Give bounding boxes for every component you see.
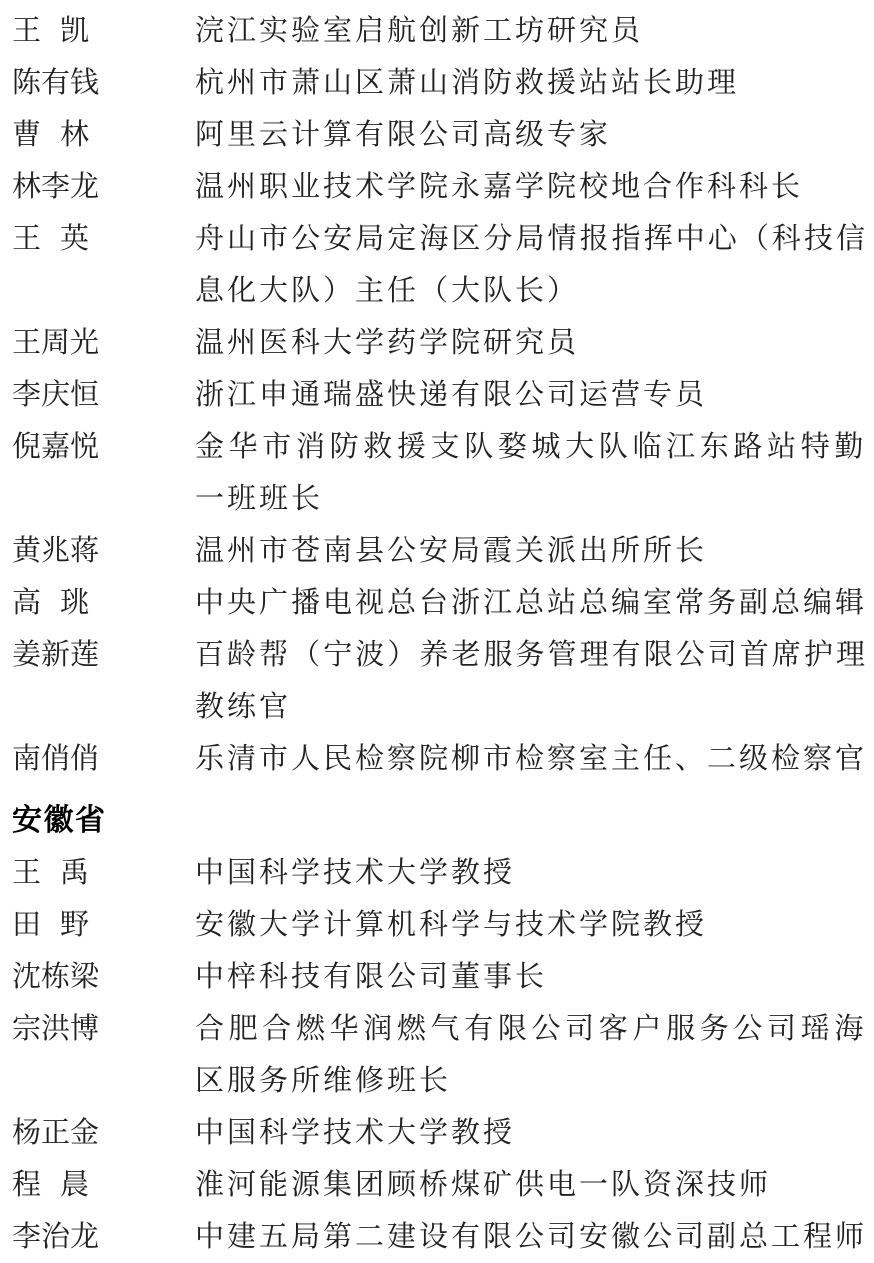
title-line: 中央广播电视总台浙江总站总编室常务副总编辑 (195, 577, 868, 629)
person-name-cell: 林李龙 (12, 161, 195, 213)
name-char: 晨 (60, 1159, 89, 1211)
name-char: 龙 (70, 1211, 99, 1263)
person-title: 金华市消防救援支队婺城大队临江东路站特勤一班班长 (195, 421, 868, 525)
person-name: 王英 (12, 213, 89, 265)
list-entry: 王凯 浣江实验室启航创新工坊研究员 (12, 5, 868, 57)
person-title: 浣江实验室启航创新工坊研究员 (195, 5, 868, 57)
person-title: 温州市苍南县公安局霞关派出所所长 (195, 525, 868, 577)
name-char: 林 (60, 109, 89, 161)
title-line: 区服务所维修班长 (195, 1055, 868, 1107)
person-name: 王凯 (12, 5, 89, 57)
name-char: 林 (12, 161, 41, 213)
title-line: 合肥合燃华润燃气有限公司客户服务公司瑶海 (195, 1003, 868, 1055)
name-char: 李 (12, 369, 41, 421)
name-char: 田 (12, 899, 41, 951)
name-char: 蒋 (70, 525, 99, 577)
person-title: 安徽大学计算机科学与技术学院教授 (195, 899, 868, 951)
person-name: 杨正金 (12, 1107, 89, 1159)
title-line: 一班班长 (195, 473, 868, 525)
name-char: 禹 (60, 847, 89, 899)
name-char: 王 (12, 213, 41, 265)
person-name: 高珧 (12, 577, 89, 629)
person-name-cell: 沈栋梁 (12, 951, 195, 1003)
list-entry: 姜新莲 百龄帮（宁波）养老服务管理有限公司首席护理教练官 (12, 629, 868, 733)
title-line: 舟山市公安局定海区分局情报指挥中心（科技信 (195, 213, 868, 265)
person-name: 林李龙 (12, 161, 89, 213)
name-char: 金 (70, 1107, 99, 1159)
person-name-cell: 李治龙 (12, 1211, 195, 1263)
person-name: 沈栋梁 (12, 951, 89, 1003)
person-name: 田野 (12, 899, 89, 951)
name-char: 梁 (70, 951, 99, 1003)
person-name: 陈有钱 (12, 57, 89, 109)
person-name: 南俏俏 (12, 733, 89, 785)
person-name: 王禹 (12, 847, 89, 899)
person-name-cell: 姜新莲 (12, 629, 195, 733)
person-title: 百龄帮（宁波）养老服务管理有限公司首席护理教练官 (195, 629, 868, 733)
person-name-cell: 南俏俏 (12, 733, 195, 785)
name-char: 程 (12, 1159, 41, 1211)
person-title: 浙江申通瑞盛快递有限公司运营专员 (195, 369, 868, 421)
person-title: 温州医科大学药学院研究员 (195, 317, 868, 369)
name-char: 有 (41, 57, 70, 109)
title-line: 安徽大学计算机科学与技术学院教授 (195, 899, 868, 951)
title-line: 金华市消防救援支队婺城大队临江东路站特勤 (195, 421, 868, 473)
list-entry: 高珧 中央广播电视总台浙江总站总编室常务副总编辑 (12, 577, 868, 629)
title-line: 阿里云计算有限公司高级专家 (195, 109, 868, 161)
name-char: 高 (12, 577, 41, 629)
name-char: 曹 (12, 109, 41, 161)
person-name-cell: 王英 (12, 213, 195, 317)
list-entry: 林李龙 温州职业技术学院永嘉学院校地合作科科长 (12, 161, 868, 213)
name-char: 新 (41, 629, 70, 681)
name-char: 王 (12, 317, 41, 369)
person-name-cell: 陈有钱 (12, 57, 195, 109)
name-char: 珧 (60, 577, 89, 629)
name-char: 沈 (12, 951, 41, 1003)
name-char: 王 (12, 5, 41, 57)
list-entry: 曹林 阿里云计算有限公司高级专家 (12, 109, 868, 161)
list-entry: 李治龙 中建五局第二建设有限公司安徽公司副总工程师 (12, 1211, 868, 1263)
person-title: 中国科学技术大学教授 (195, 847, 868, 899)
name-char: 凯 (60, 5, 89, 57)
name-char: 李 (41, 161, 70, 213)
name-char: 周 (41, 317, 70, 369)
person-name-cell: 田野 (12, 899, 195, 951)
name-char: 恒 (70, 369, 99, 421)
list-entry: 陈有钱 杭州市萧山区萧山消防救援站站长助理 (12, 57, 868, 109)
list-entry: 南俏俏 乐清市人民检察院柳市检察室主任、二级检察官 (12, 733, 868, 785)
list-entry: 李庆恒 浙江申通瑞盛快递有限公司运营专员 (12, 369, 868, 421)
person-name: 李治龙 (12, 1211, 89, 1263)
list-entry: 宗洪博 合肥合燃华润燃气有限公司客户服务公司瑶海区服务所维修班长 (12, 1003, 868, 1107)
name-char: 庆 (41, 369, 70, 421)
person-name-cell: 宗洪博 (12, 1003, 195, 1107)
title-line: 乐清市人民检察院柳市检察室主任、二级检察官 (195, 733, 868, 785)
name-char: 倪 (12, 421, 41, 473)
name-char: 野 (60, 899, 89, 951)
name-char: 陈 (12, 57, 41, 109)
person-name-cell: 李庆恒 (12, 369, 195, 421)
list-entry: 程晨 淮河能源集团顾桥煤矿供电一队资深技师 (12, 1159, 868, 1211)
person-title: 中央广播电视总台浙江总站总编室常务副总编辑 (195, 577, 868, 629)
list-entry: 田野 安徽大学计算机科学与技术学院教授 (12, 899, 868, 951)
name-char: 英 (60, 213, 89, 265)
name-char: 正 (41, 1107, 70, 1159)
person-title: 杭州市萧山区萧山消防救援站站长助理 (195, 57, 868, 109)
name-char: 黄 (12, 525, 41, 577)
title-line: 息化大队）主任（大队长） (195, 265, 868, 317)
person-name-cell: 高珧 (12, 577, 195, 629)
list-entry: 倪嘉悦 金华市消防救援支队婺城大队临江东路站特勤一班班长 (12, 421, 868, 525)
person-name-cell: 黄兆蒋 (12, 525, 195, 577)
name-char: 姜 (12, 629, 41, 681)
list-entry: 王禹 中国科学技术大学教授 (12, 847, 868, 899)
person-name-cell: 倪嘉悦 (12, 421, 195, 525)
person-name-cell: 王凯 (12, 5, 195, 57)
name-char: 钱 (70, 57, 99, 109)
person-title: 中国科学技术大学教授 (195, 1107, 868, 1159)
person-name: 王周光 (12, 317, 89, 369)
list-entry: 黄兆蒋 温州市苍南县公安局霞关派出所所长 (12, 525, 868, 577)
name-char: 光 (70, 317, 99, 369)
person-name: 程晨 (12, 1159, 89, 1211)
title-line: 温州医科大学药学院研究员 (195, 317, 868, 369)
person-name-cell: 程晨 (12, 1159, 195, 1211)
list-entry: 沈栋梁 中梓科技有限公司董事长 (12, 951, 868, 1003)
title-line: 温州职业技术学院永嘉学院校地合作科科长 (195, 161, 868, 213)
person-title: 舟山市公安局定海区分局情报指挥中心（科技信息化大队）主任（大队长） (195, 213, 868, 317)
title-line: 中建五局第二建设有限公司安徽公司副总工程师 (195, 1211, 868, 1263)
person-name-cell: 杨正金 (12, 1107, 195, 1159)
person-name: 倪嘉悦 (12, 421, 89, 473)
list-entry: 王周光 温州医科大学药学院研究员 (12, 317, 868, 369)
name-char: 兆 (41, 525, 70, 577)
list-entry: 王英 舟山市公安局定海区分局情报指挥中心（科技信息化大队）主任（大队长） (12, 213, 868, 317)
award-roster-page: 王凯 浣江实验室启航创新工坊研究员 陈有钱 杭州市萧山区萧山消防救援站站长助理 … (0, 0, 874, 1263)
award-list: 王凯 浣江实验室启航创新工坊研究员 陈有钱 杭州市萧山区萧山消防救援站站长助理 … (12, 5, 868, 1263)
person-name: 黄兆蒋 (12, 525, 89, 577)
person-name: 李庆恒 (12, 369, 89, 421)
name-char: 李 (12, 1211, 41, 1263)
name-char: 洪 (41, 1003, 70, 1055)
person-title: 阿里云计算有限公司高级专家 (195, 109, 868, 161)
title-line: 中国科学技术大学教授 (195, 847, 868, 899)
person-name-cell: 王周光 (12, 317, 195, 369)
name-char: 俏 (41, 733, 70, 785)
title-line: 浣江实验室启航创新工坊研究员 (195, 5, 868, 57)
person-name-cell: 王禹 (12, 847, 195, 899)
name-char: 俏 (70, 733, 99, 785)
person-title: 淮河能源集团顾桥煤矿供电一队资深技师 (195, 1159, 868, 1211)
name-char: 南 (12, 733, 41, 785)
name-char: 龙 (70, 161, 99, 213)
name-char: 宗 (12, 1003, 41, 1055)
title-line: 中国科学技术大学教授 (195, 1107, 868, 1159)
person-name: 曹林 (12, 109, 89, 161)
name-char: 博 (70, 1003, 99, 1055)
list-entry: 杨正金 中国科学技术大学教授 (12, 1107, 868, 1159)
person-title: 温州职业技术学院永嘉学院校地合作科科长 (195, 161, 868, 213)
name-char: 治 (41, 1211, 70, 1263)
title-line: 百龄帮（宁波）养老服务管理有限公司首席护理 (195, 629, 868, 681)
title-line: 中梓科技有限公司董事长 (195, 951, 868, 1003)
person-name: 宗洪博 (12, 1003, 89, 1055)
person-name-cell: 曹林 (12, 109, 195, 161)
section-header: 安徽省 (12, 795, 868, 847)
person-name: 姜新莲 (12, 629, 89, 681)
title-line: 教练官 (195, 681, 868, 733)
person-title: 中建五局第二建设有限公司安徽公司副总工程师 (195, 1211, 868, 1263)
title-line: 淮河能源集团顾桥煤矿供电一队资深技师 (195, 1159, 868, 1211)
name-char: 栋 (41, 951, 70, 1003)
person-title: 中梓科技有限公司董事长 (195, 951, 868, 1003)
person-title: 乐清市人民检察院柳市检察室主任、二级检察官 (195, 733, 868, 785)
name-char: 杨 (12, 1107, 41, 1159)
name-char: 莲 (70, 629, 99, 681)
title-line: 杭州市萧山区萧山消防救援站站长助理 (195, 57, 868, 109)
name-char: 嘉 (41, 421, 70, 473)
person-title: 合肥合燃华润燃气有限公司客户服务公司瑶海区服务所维修班长 (195, 1003, 868, 1107)
title-line: 浙江申通瑞盛快递有限公司运营专员 (195, 369, 868, 421)
name-char: 悦 (70, 421, 99, 473)
title-line: 温州市苍南县公安局霞关派出所所长 (195, 525, 868, 577)
name-char: 王 (12, 847, 41, 899)
